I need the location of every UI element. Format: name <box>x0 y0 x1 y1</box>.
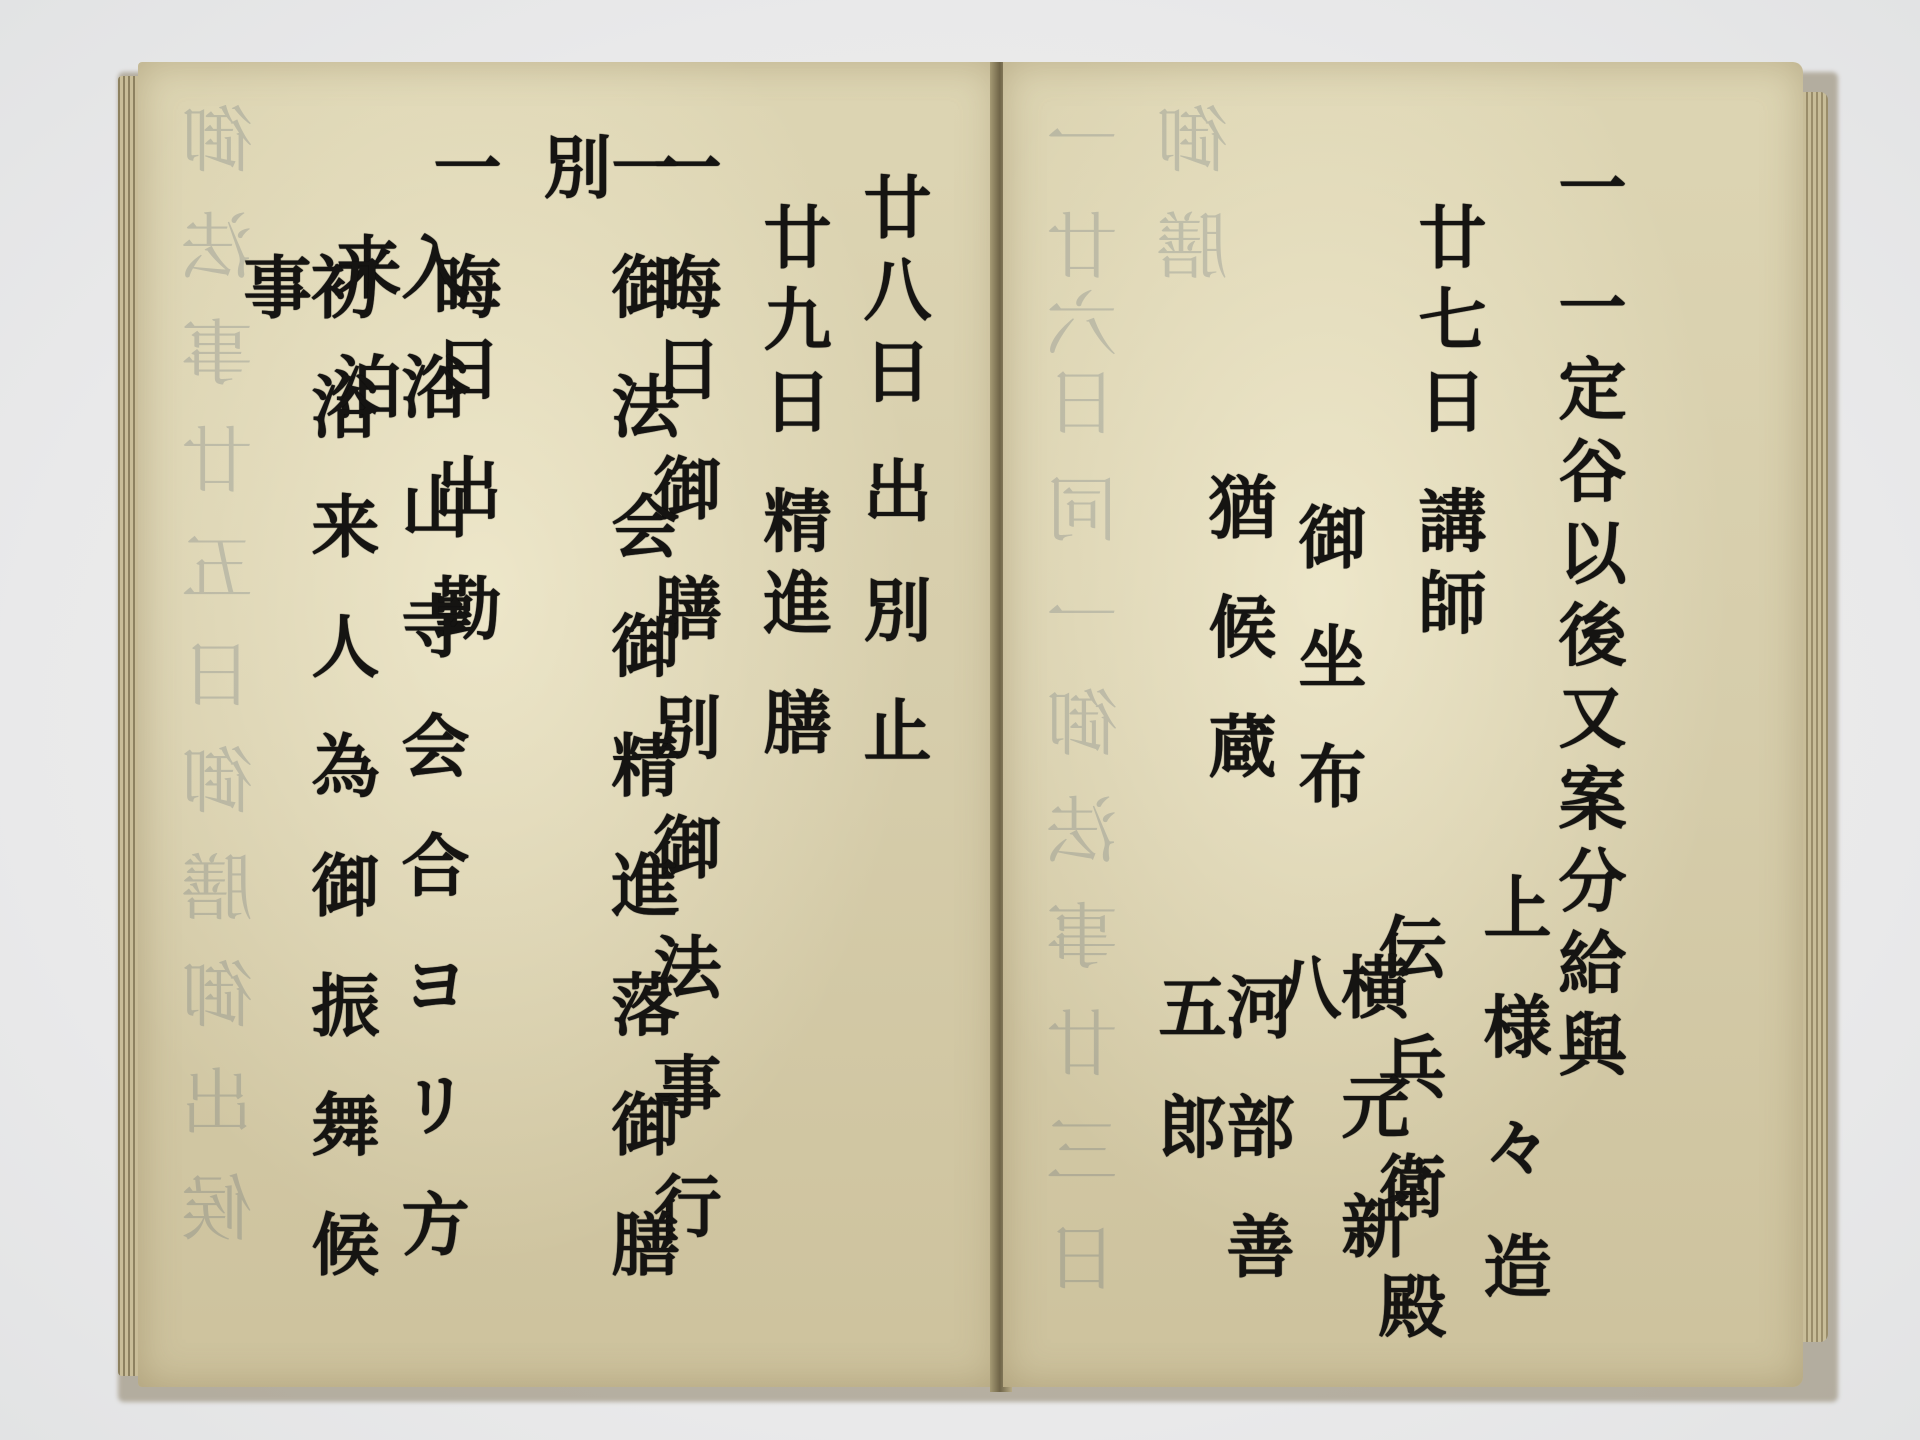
left-page-text-column: 初 浴 来 人 為 御 振 舞 候 事 <box>238 252 374 1367</box>
right-page-text-column: 一 一定谷以後又案分給與 <box>1553 152 1621 1092</box>
open-manuscript: 御 法 事 廿 五 日 御 膳 御 出 候 廿八日 出 別 止廿九日 精進 膳一… <box>118 62 1828 1402</box>
left-page-text-column: 廿八日 出 別 止 <box>858 172 926 777</box>
left-page: 御 法 事 廿 五 日 御 膳 御 出 候 廿八日 出 別 止廿九日 精進 膳一… <box>138 62 998 1387</box>
right-page-text-column: 猶 候 蔵 <box>1203 472 1271 793</box>
right-page-text-column: 河 部 善 五 郎 <box>1153 972 1289 1367</box>
left-page-text-column: 一 御 法 会 御 精 進 落 御 膳 別 <box>538 132 674 1367</box>
right-page-text-column: 廿七日 講師 <box>1413 202 1481 650</box>
right-page: 一 廿六日 同 一 御 法 事 廿 三 日 御 膳 一 一定谷以後又案分給與廿七… <box>1003 62 1803 1387</box>
right-page-text-column: 御 坐 布 <box>1293 502 1361 823</box>
right-page-columns: 一 一定谷以後又案分給與廿七日 講師御 坐 布猶 候 蔵上 様 々 造伝 兵 衛… <box>1023 92 1783 1367</box>
right-page-text-column: 上 様 々 造 <box>1478 872 1546 1313</box>
left-page-columns: 廿八日 出 別 止廿九日 精進 膳一 晦日 御 膳 別 御 法 事 行一 御 法… <box>158 92 978 1367</box>
left-page-text-column: 廿九日 精進 膳 <box>758 202 826 769</box>
